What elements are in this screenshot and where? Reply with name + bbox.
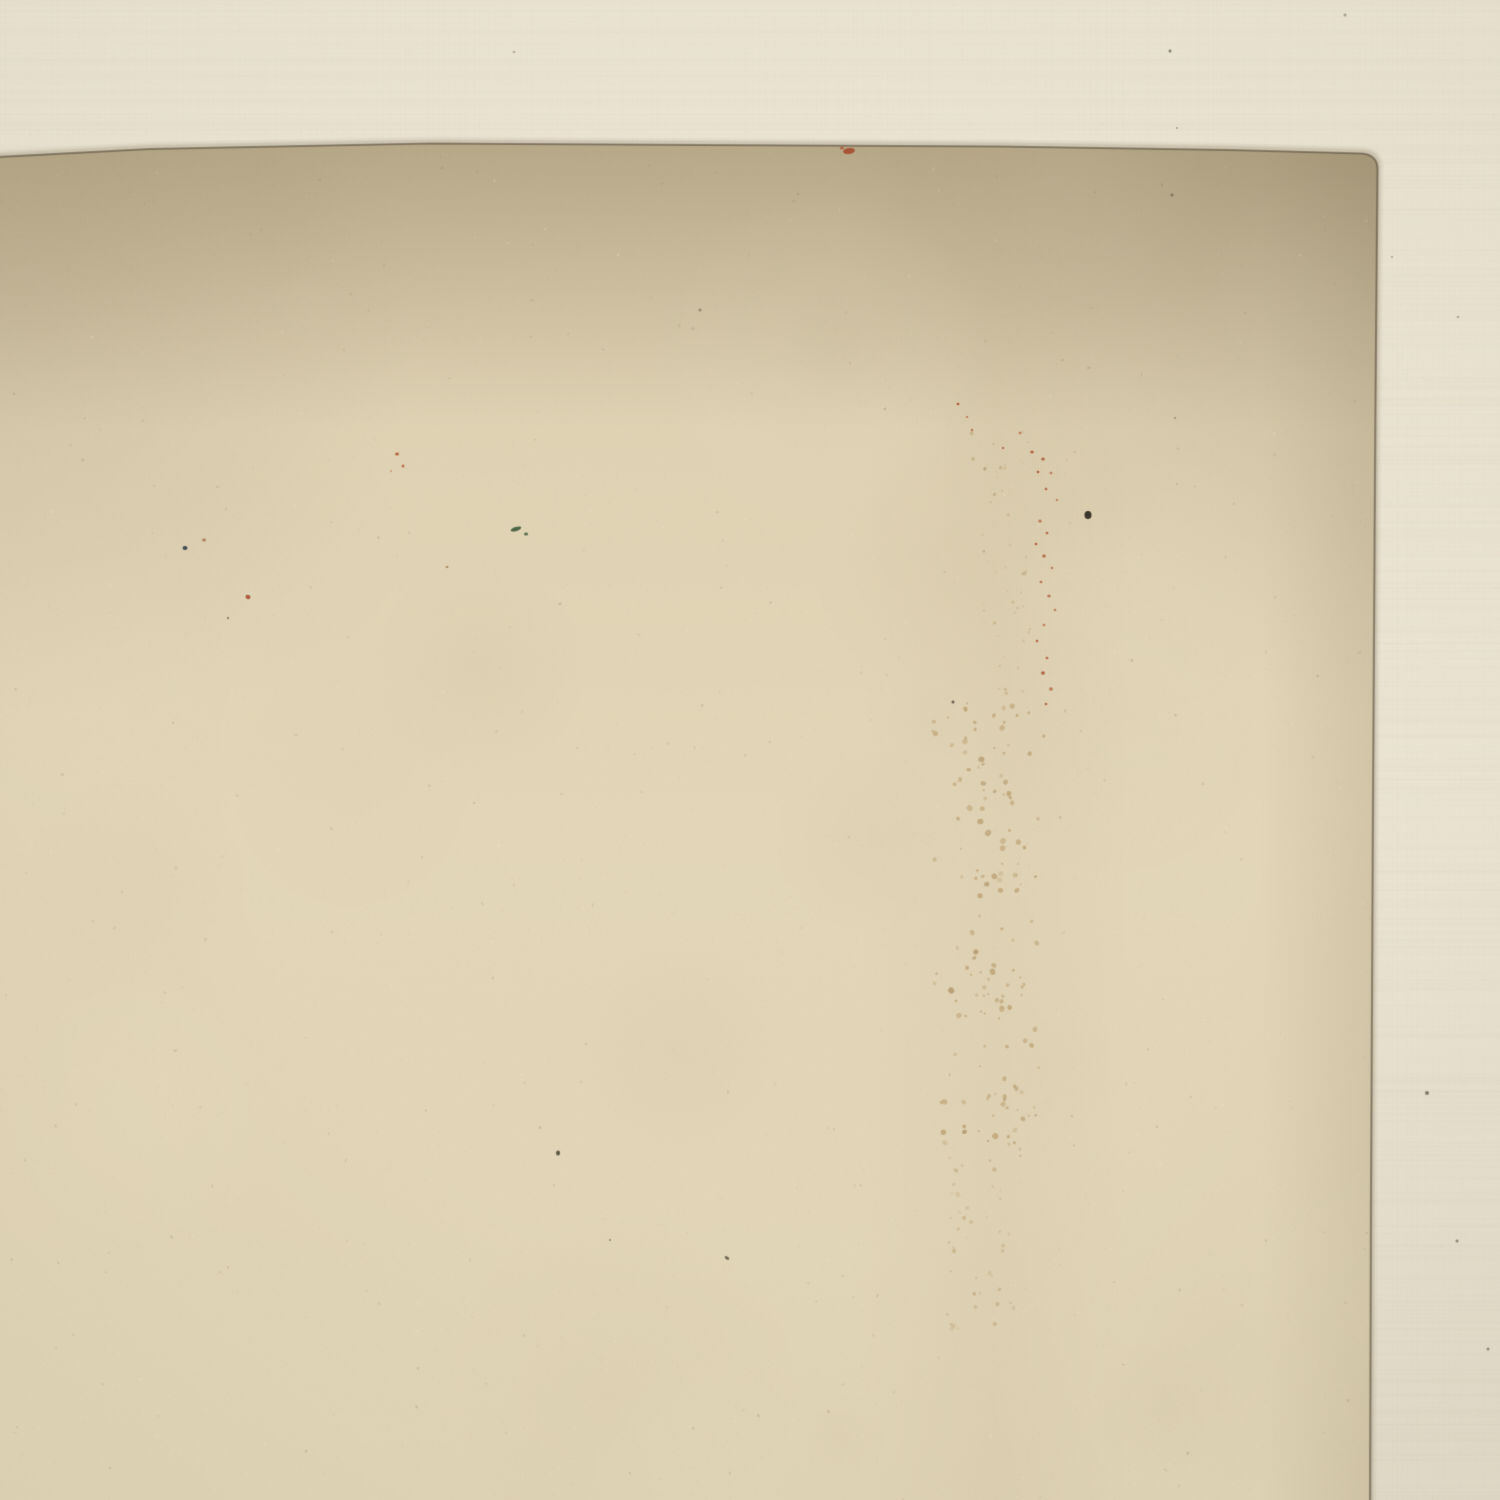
aged-paper-photo-canvas [0, 0, 1500, 1500]
photo-frame [0, 0, 1500, 1500]
